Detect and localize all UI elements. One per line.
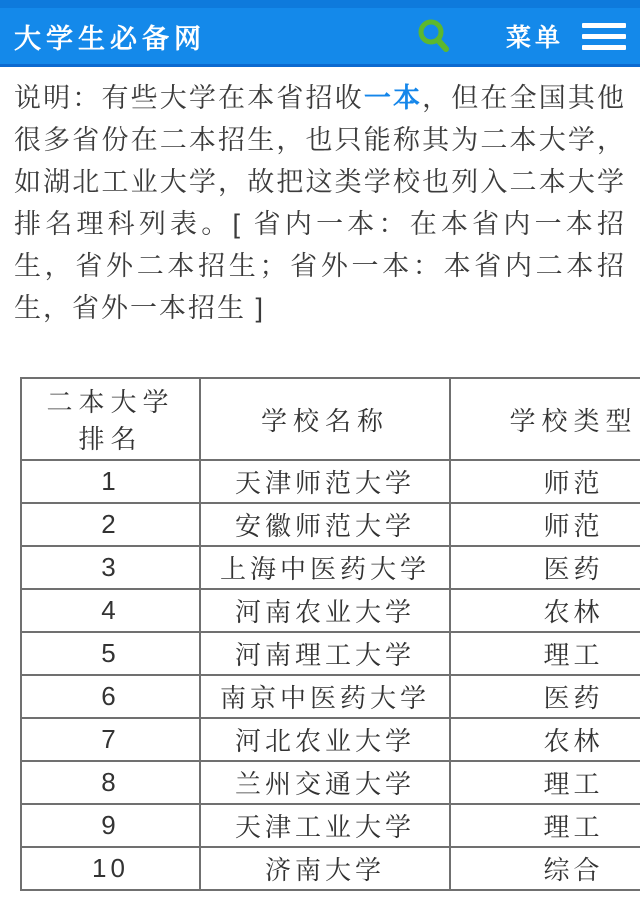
column-header-school-type: 学校类型 <box>450 378 640 460</box>
school-name-cell: 上海中医药大学 <box>200 546 450 589</box>
table-row: 1天津师范大学师范 <box>21 460 640 503</box>
header-bar: 大学生必备网 菜单 <box>0 8 640 67</box>
column-header-rank: 二本大学排名 <box>21 378 200 460</box>
site-title[interactable]: 大学生必备网 <box>14 17 206 56</box>
school-type-cell: 师范 <box>450 503 640 546</box>
table-row: 8兰州交通大学理工 <box>21 761 640 804</box>
school-type-cell: 农林 <box>450 718 640 761</box>
school-name-cell: 河北农业大学 <box>200 718 450 761</box>
school-name-cell: 河南理工大学 <box>200 632 450 675</box>
school-type-cell: 理工 <box>450 632 640 675</box>
menu-label[interactable]: 菜单 <box>506 18 564 54</box>
search-button[interactable] <box>414 16 454 56</box>
rank-cell: 10 <box>21 847 200 890</box>
table-row: 6南京中医药大学医药 <box>21 675 640 718</box>
school-type-cell: 农林 <box>450 589 640 632</box>
rank-cell: 8 <box>21 761 200 804</box>
school-type-cell: 师范 <box>450 460 640 503</box>
app-header: 大学生必备网 菜单 <box>0 0 640 67</box>
table-row: 3上海中医药大学医药 <box>21 546 640 589</box>
notice-paragraph: 说明：有些大学在本省招收一本，但在全国其他很多省份在二本招生，也只能称其为二本大… <box>14 77 626 329</box>
university-ranking-table: 二本大学排名 学校名称 学校类型 1天津师范大学师范2安徽师范大学师范3上海中医… <box>20 377 640 891</box>
table-row: 7河北农业大学农林 <box>21 718 640 761</box>
rank-cell: 2 <box>21 503 200 546</box>
table-row: 2安徽师范大学师范 <box>21 503 640 546</box>
rank-cell: 4 <box>21 589 200 632</box>
table-row: 5河南理工大学理工 <box>21 632 640 675</box>
notice-suffix: ，但在全国其他很多省份在二本招生，也只能称其为二本大学，如湖北工业大学，故把这类… <box>14 83 626 323</box>
table-row: 9天津工业大学理工 <box>21 804 640 847</box>
table-header-row: 二本大学排名 学校名称 学校类型 <box>21 378 640 460</box>
school-type-cell: 理工 <box>450 804 640 847</box>
header-top-strip <box>0 0 640 8</box>
school-name-cell: 兰州交通大学 <box>200 761 450 804</box>
notice-highlight-link[interactable]: 一本 <box>364 83 422 113</box>
school-type-cell: 医药 <box>450 546 640 589</box>
school-type-cell: 理工 <box>450 761 640 804</box>
hamburger-menu-icon[interactable] <box>582 16 626 56</box>
rank-cell: 1 <box>21 460 200 503</box>
table-row: 10济南大学综合 <box>21 847 640 890</box>
table-body: 1天津师范大学师范2安徽师范大学师范3上海中医药大学医药4河南农业大学农林5河南… <box>21 460 640 890</box>
notice-prefix: 说明：有些大学在本省招收 <box>14 83 364 113</box>
school-name-cell: 河南农业大学 <box>200 589 450 632</box>
rank-cell: 7 <box>21 718 200 761</box>
school-name-cell: 南京中医药大学 <box>200 675 450 718</box>
rank-cell: 6 <box>21 675 200 718</box>
rank-cell: 9 <box>21 804 200 847</box>
rank-cell: 5 <box>21 632 200 675</box>
school-name-cell: 安徽师范大学 <box>200 503 450 546</box>
search-icon <box>415 17 453 55</box>
column-header-school-name: 学校名称 <box>200 378 450 460</box>
school-name-cell: 天津师范大学 <box>200 460 450 503</box>
school-type-cell: 医药 <box>450 675 640 718</box>
page-content: 说明：有些大学在本省招收一本，但在全国其他很多省份在二本招生，也只能称其为二本大… <box>0 77 640 891</box>
rank-cell: 3 <box>21 546 200 589</box>
table-header: 二本大学排名 学校名称 学校类型 <box>21 378 640 460</box>
table-row: 4河南农业大学农林 <box>21 589 640 632</box>
school-type-cell: 综合 <box>450 847 640 890</box>
school-name-cell: 天津工业大学 <box>200 804 450 847</box>
school-name-cell: 济南大学 <box>200 847 450 890</box>
